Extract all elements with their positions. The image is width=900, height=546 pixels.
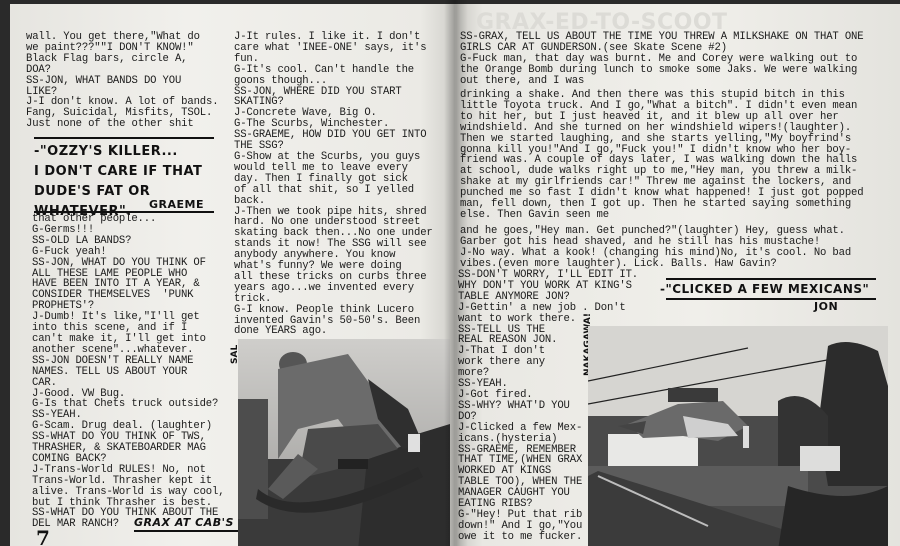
interview-line: done YEARS ago. [234,326,433,337]
interview-line: G-Fuck yeah! [32,247,224,258]
interview-line: DOA? [26,65,218,76]
right-top-text: SS-GRAX, TELL US ABOUT THE TIME YOU THRE… [460,32,863,87]
interview-line: goons though... [234,76,433,87]
interview-line: of all that shit, so I yelled [234,185,433,196]
interview-line: CAR. [32,378,224,389]
interview-line: NAMES. TELL US ABOUT YOUR [32,367,224,378]
page-number: 7 [36,526,50,546]
pull-quote-attribution: GRAEME [149,198,204,211]
pull-quote-graeme: -"OZZY'S KILLER...I DON'T CARE IF THATDU… [34,137,214,213]
pull-quote-line: I DON'T CARE IF THAT [34,162,214,182]
pull-quote-jon: -"CLICKED A FEW MEXICANS" [666,278,876,300]
pull-quote-attribution: JON [814,300,838,313]
interview-line: Black Flag bars, circle A, [26,54,218,65]
right-middle-text: drinking a shake. And then there was thi… [460,90,863,221]
skater-photo-jon [588,326,888,546]
interview-line: the Orange Bomb during lunch to smoke so… [460,65,863,76]
interview-line: out there, and I was [460,76,863,87]
left-column-2: J-It rules. I like it. I don'tcare what … [234,32,433,337]
interview-line: want to work there. [458,314,638,325]
left-column-1-top: wall. You get there,"What dowe paint???"… [26,32,218,130]
interview-line: back. [234,196,433,207]
pull-quote-text: -"CLICKED A FEW MEXICANS" [660,280,876,298]
interview-line: Just none of the other shit [26,119,218,130]
interview-line: G-I know. People think Lucero [234,305,433,316]
photo-caption-box: GRAX AT CAB'S [134,516,240,532]
interview-line: G-It's cool. Can't handle the [234,65,433,76]
interview-line: SS-JON, WHAT DO YOU THINK OF [32,258,224,269]
pull-quote-line: -"OZZY'S KILLER... [34,142,214,162]
right-bottom-text: and he goes,"Hey man. Get punched?"(laug… [460,226,851,270]
interview-line: else. Then Gavin seen me [460,210,863,221]
photo-caption: GRAX AT CAB'S [134,516,240,529]
interview-line: J-Gettin' a new job . Don't [458,303,638,314]
interview-line: Then we started laughing, and she starts… [460,134,863,145]
right-page: GRAX-ED-TO-SCOOT SS-GRAX, TELL US ABOUT … [456,4,900,546]
interview-line: windshield. And she turned on her windsh… [460,123,863,134]
skateboard-photo-icon [238,339,450,546]
interview-line: care what 'INEE-ONE' says, it's [234,43,433,54]
interview-line: alive. Trans-World is way cool, [32,487,224,498]
left-page: wall. You get there,"What dowe paint???"… [10,4,456,546]
zine-spread: wall. You get there,"What dowe paint???"… [0,0,900,546]
skater-photo-grax [238,339,450,546]
binding-gutter [444,0,468,546]
interview-line: SS-JON, WHAT BANDS DO YOU [26,76,218,87]
interview-line: vibes.(even more laughter). Lick. Balls.… [460,259,851,270]
left-column-1-bottom: that other people...G-Germs!!!SS-OLD LA … [32,214,224,530]
pool-skating-photo-icon [588,326,888,546]
